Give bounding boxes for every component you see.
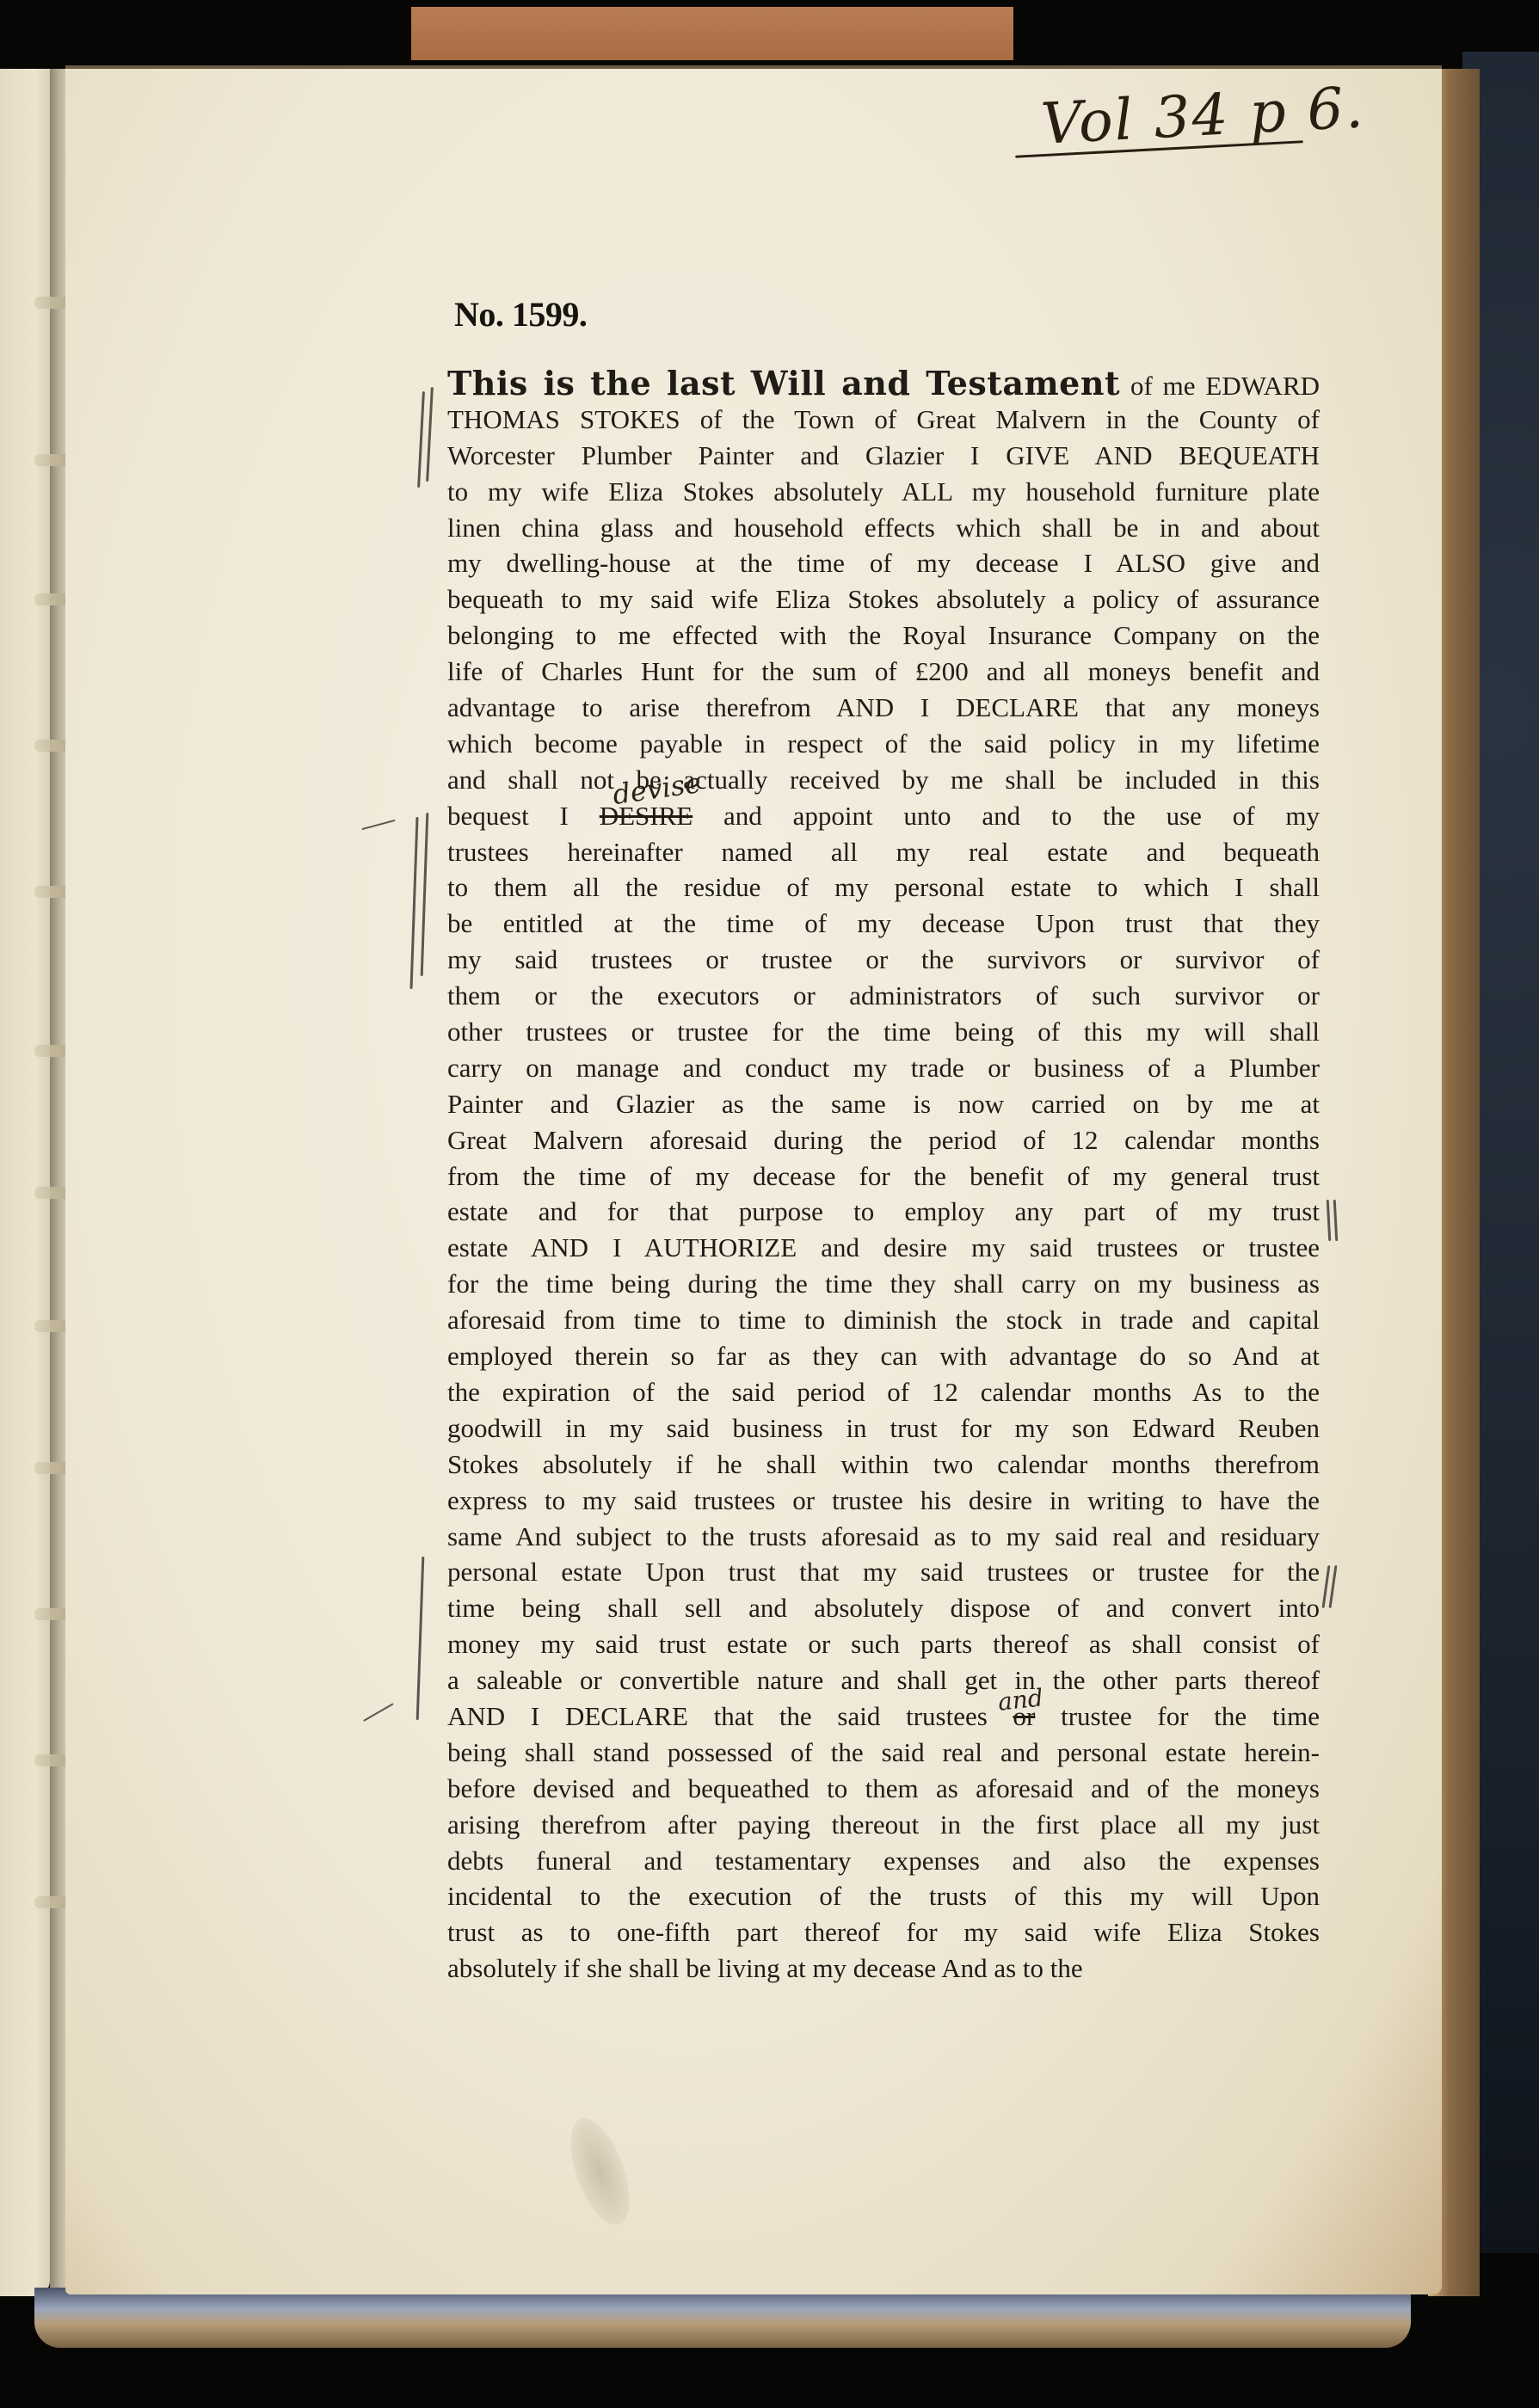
text-line: life of Charles Hunt for the sum of £200… (447, 654, 1320, 690)
facing-left-page (0, 69, 50, 2296)
text-line: estate and for that purpose to employ an… (447, 1194, 1320, 1230)
text-line: debts funeral and testamentary expenses … (447, 1843, 1320, 1879)
text-line: aforesaid from time to time to diminish … (447, 1302, 1320, 1338)
text-line: my said trustees or trustee or the survi… (447, 942, 1320, 978)
text-line: THOMAS STOKES of the Town of Great Malve… (447, 402, 1320, 438)
text-line: which become payable in respect of the s… (447, 726, 1320, 762)
book-top-tab (411, 7, 1013, 60)
text-line: Great Malvern aforesaid during the perio… (447, 1122, 1320, 1158)
text-line: to them all the residue of my personal e… (447, 869, 1320, 906)
text-line: carry on manage and conduct my trade or … (447, 1050, 1320, 1086)
text-line: Worcester Plumber Painter and Glazier I … (447, 438, 1320, 474)
text-line: my dwelling-house at the time of my dece… (447, 545, 1320, 581)
text-line: personal estate Upon trust that my said … (447, 1554, 1320, 1590)
text-line: and shall not be actually received by me… (447, 762, 1320, 798)
document-number: No. 1599. (454, 294, 587, 335)
text-line: from the time of my decease for the bene… (447, 1158, 1320, 1195)
text-line: This is the last Will and Testament of m… (447, 365, 1320, 402)
gothic-opening: This is the last Will and Testament (447, 364, 1120, 402)
will-body-text: This is the last Will and Testament of m… (447, 365, 1320, 1987)
text-line: bequest I DESIRE and appoint unto and to… (447, 798, 1320, 834)
text-line: bequeath to my said wife Eliza Stokes ab… (447, 581, 1320, 617)
text-line: to my wife Eliza Stokes absolutely ALL m… (447, 474, 1320, 510)
text-line: trustees hereinafter named all my real e… (447, 834, 1320, 870)
text-line: trust as to one-fifth part thereof for m… (447, 1914, 1320, 1950)
text-line: them or the executors or administrators … (447, 978, 1320, 1014)
text-line: Stokes absolutely if he shall within two… (447, 1447, 1320, 1483)
text-line: belonging to me effected with the Royal … (447, 617, 1320, 654)
text-line: employed therein so far as they can with… (447, 1338, 1320, 1374)
text-line: goodwill in my said business in trust fo… (447, 1410, 1320, 1447)
text-line: be entitled at the time of my decease Up… (447, 906, 1320, 942)
handwritten-insertion-and: and (996, 1683, 1044, 1716)
text-line: Painter and Glazier as the same is now c… (447, 1086, 1320, 1122)
text-line: estate AND I AUTHORIZE and desire my sai… (447, 1230, 1320, 1266)
text-line: a saleable or convertible nature and sha… (447, 1662, 1320, 1698)
text-line: other trustees or trustee for the time b… (447, 1014, 1320, 1050)
text-line: express to my said trustees or trustee h… (447, 1483, 1320, 1519)
text-line: for the time being during the time they … (447, 1266, 1320, 1302)
page-stack-bottom (34, 2288, 1411, 2348)
text-line: money my said trust estate or such parts… (447, 1626, 1320, 1662)
text-line: absolutely if she shall be living at my … (447, 1950, 1320, 1987)
text-line: linen china glass and household effects … (447, 510, 1320, 546)
text-line: being shall stand possessed of the said … (447, 1735, 1320, 1771)
text-line: advantage to arise therefrom AND I DECLA… (447, 690, 1320, 726)
text-line: arising therefrom after paying thereout … (447, 1807, 1320, 1843)
text-line: AND I DECLARE that the said trustees or … (447, 1698, 1320, 1735)
text-line: same And subject to the trusts aforesaid… (447, 1519, 1320, 1555)
text-line: before devised and bequeathed to them as… (447, 1771, 1320, 1807)
text-line: time being shall sell and absolutely dis… (447, 1590, 1320, 1626)
text-line: the expiration of the said period of 12 … (447, 1374, 1320, 1410)
text-line: incidental to the execution of the trust… (447, 1878, 1320, 1914)
